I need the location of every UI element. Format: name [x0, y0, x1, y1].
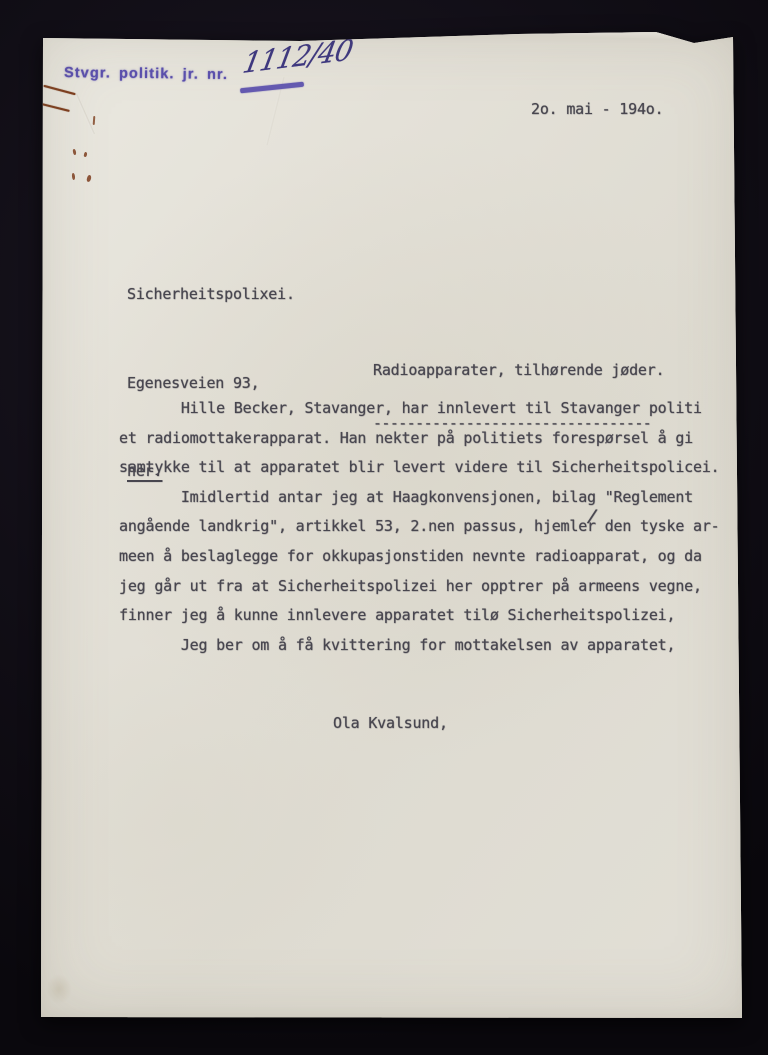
rust-stain: [43, 85, 75, 95]
rust-speck: [83, 152, 87, 158]
rust-stain: [93, 116, 96, 125]
journal-stamp-underline: [240, 82, 304, 93]
journal-stamp-label: Stvgr. politik. jr. nr.: [64, 65, 228, 83]
recipient-name: Sicherheitspolixei.: [127, 280, 295, 310]
rust-speck: [72, 173, 76, 180]
signature: Ola Kvalsund,: [333, 714, 448, 732]
journal-number-handwritten: 1112/40: [240, 33, 355, 80]
paper-crease: [75, 93, 95, 134]
date-line: 2o. mai - 194o.: [531, 100, 663, 118]
paper-tear-edge: [518, 28, 698, 40]
rust-stain: [37, 102, 70, 112]
water-stain: [46, 974, 72, 1004]
photo-background: Stvgr. politik. jr. nr. 1112/40 2o. mai …: [0, 0, 768, 1055]
paper-wrapper: Stvgr. politik. jr. nr. 1112/40 2o. mai …: [38, 30, 748, 1020]
subject-title: Radioapparater, tilhørende jøder.: [373, 362, 664, 379]
letter-body: Hille Becker, Stavanger, har innlevert t…: [119, 394, 720, 660]
rust-speck: [73, 149, 77, 155]
rust-speck: [86, 175, 92, 183]
letter-document: Stvgr. politik. jr. nr. 1112/40 2o. mai …: [38, 30, 748, 1020]
